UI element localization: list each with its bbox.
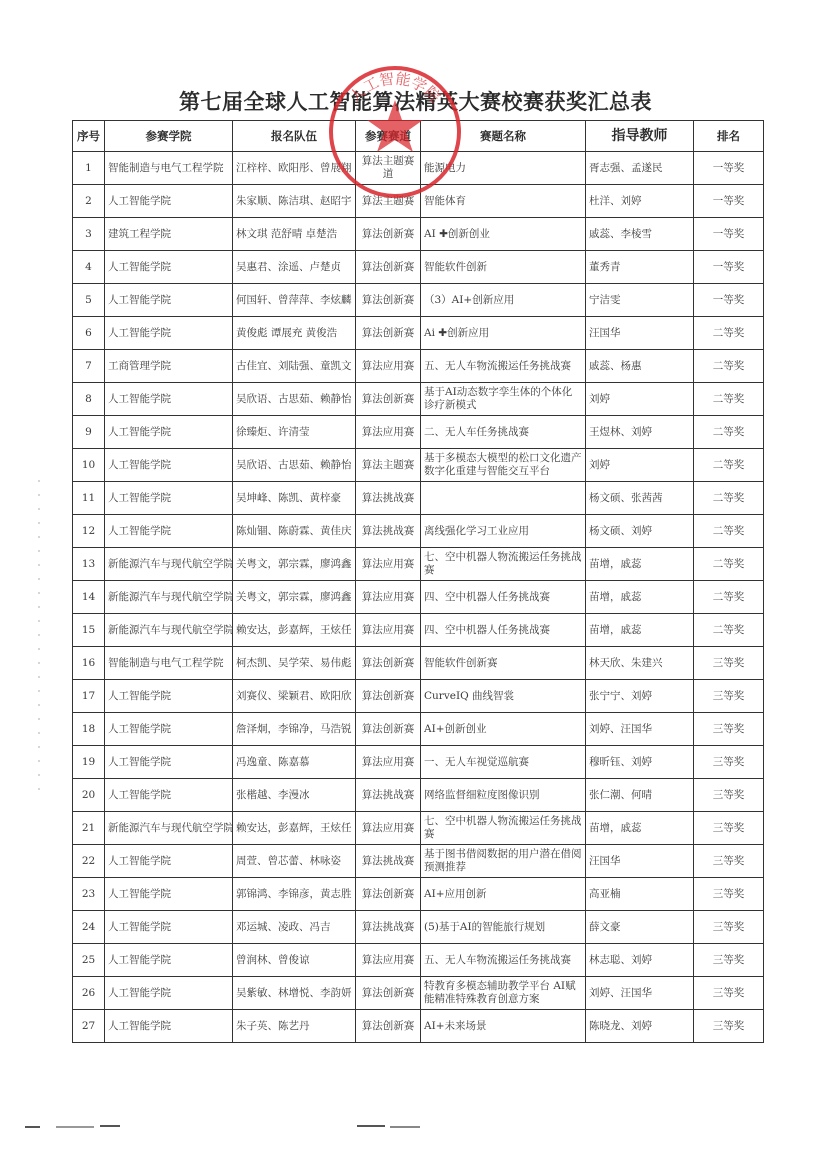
cell-rank: 二等奖 — [694, 614, 764, 647]
table-row: 3建筑工程学院林文琪 范舒晴 卓楚浩算法创新赛AI ✚创新创业戚蕊、李棱雪一等奖 — [73, 218, 764, 251]
cell-team: 张楷越、李漫冰 — [233, 779, 356, 812]
cell-rank: 二等奖 — [694, 449, 764, 482]
scan-artifact-line — [390, 1126, 420, 1128]
cell-team: 吴坤峰、陈凯、黄梓豪 — [233, 482, 356, 515]
cell-topic: 智能软件创新 — [421, 251, 586, 284]
cell-track: 算法创新赛 — [356, 713, 421, 746]
cell-topic: （3）AI+创新应用 — [421, 284, 586, 317]
cell-no: 20 — [73, 779, 105, 812]
col-header-college: 参赛学院 — [105, 121, 233, 152]
cell-advisor: 杜洋、刘婷 — [586, 185, 694, 218]
cell-topic: 五、无人车物流搬运任务挑战赛 — [421, 350, 586, 383]
cell-topic: 基于图书借阅数据的用户潜在借阅预测推荐 — [421, 845, 586, 878]
cell-track: 算法应用赛 — [356, 350, 421, 383]
cell-topic: AI+创新创业 — [421, 713, 586, 746]
cell-topic: AI+未来场景 — [421, 1010, 586, 1043]
cell-advisor: 苗增，戚蕊 — [586, 581, 694, 614]
col-header-track: 参赛赛道 — [356, 121, 421, 152]
col-header-topic: 赛题名称 — [421, 121, 586, 152]
cell-rank: 一等奖 — [694, 251, 764, 284]
cell-team: 黄俊彪 谭展充 黄俊浩 — [233, 317, 356, 350]
cell-no: 18 — [73, 713, 105, 746]
cell-rank: 三等奖 — [694, 680, 764, 713]
table-row: 13新能源汽车与现代航空学院关粤文，郭宗霖，廖鸿鑫算法应用赛七、空中机器人物流搬… — [73, 548, 764, 581]
cell-rank: 二等奖 — [694, 581, 764, 614]
cell-topic: 七、空中机器人物流搬运任务挑战赛 — [421, 548, 586, 581]
scan-artifact-line — [100, 1125, 120, 1127]
cell-team: 徐臻炬、许清莹 — [233, 416, 356, 449]
cell-advisor: 戚蕊、李棱雪 — [586, 218, 694, 251]
cell-track: 算法应用赛 — [356, 944, 421, 977]
table-row: 20人工智能学院张楷越、李漫冰算法挑战赛网络监督细粒度图像识别张仁潮、何晴三等奖 — [73, 779, 764, 812]
cell-topic: 智能体育 — [421, 185, 586, 218]
cell-advisor: 林志聪、刘婷 — [586, 944, 694, 977]
cell-advisor: 刘婷 — [586, 383, 694, 416]
cell-no: 9 — [73, 416, 105, 449]
cell-rank: 二等奖 — [694, 515, 764, 548]
cell-track: 算法创新赛 — [356, 284, 421, 317]
cell-topic: (5)基于AI的智能旅行规划 — [421, 911, 586, 944]
cell-rank: 三等奖 — [694, 911, 764, 944]
table-row: 25人工智能学院曾润林、曾俊谅算法应用赛五、无人车物流搬运任务挑战赛林志聪、刘婷… — [73, 944, 764, 977]
table-row: 23人工智能学院郭锦鸿、李锦彦，黄志胜算法创新赛AI+应用创新高亚楠三等奖 — [73, 878, 764, 911]
cell-no: 26 — [73, 977, 105, 1010]
cell-no: 4 — [73, 251, 105, 284]
cell-advisor: 董秀青 — [586, 251, 694, 284]
cell-rank: 三等奖 — [694, 944, 764, 977]
cell-team: 郭锦鸿、李锦彦，黄志胜 — [233, 878, 356, 911]
table-header-row: 序号 参赛学院 报名队伍 参赛赛道 赛题名称 指导教师 排名 — [73, 121, 764, 152]
cell-track: 算法创新赛 — [356, 977, 421, 1010]
cell-track: 算法创新赛 — [356, 647, 421, 680]
cell-track: 算法创新赛 — [356, 317, 421, 350]
col-header-no: 序号 — [73, 121, 105, 152]
table-row: 15新能源汽车与现代航空学院赖安达，彭嘉辉，王炫任算法应用赛四、空中机器人任务挑… — [73, 614, 764, 647]
cell-advisor: 张仁潮、何晴 — [586, 779, 694, 812]
cell-rank: 三等奖 — [694, 713, 764, 746]
cell-track: 算法主题赛 — [356, 185, 421, 218]
cell-advisor: 刘婷、汪国华 — [586, 977, 694, 1010]
cell-track: 算法应用赛 — [356, 812, 421, 845]
cell-topic: 网络监督细粒度图像识别 — [421, 779, 586, 812]
cell-track: 算法应用赛 — [356, 746, 421, 779]
cell-topic: 二、无人车任务挑战赛 — [421, 416, 586, 449]
cell-track: 算法创新赛 — [356, 878, 421, 911]
awards-table: 序号 参赛学院 报名队伍 参赛赛道 赛题名称 指导教师 排名 1智能制造与电气工… — [72, 120, 764, 1043]
cell-track: 算法创新赛 — [356, 1010, 421, 1043]
cell-track: 算法主题赛 — [356, 449, 421, 482]
cell-advisor: 苗增，戚蕊 — [586, 614, 694, 647]
cell-college: 新能源汽车与现代航空学院 — [105, 614, 233, 647]
table-row: 19人工智能学院冯逸童、陈嘉慕算法应用赛一、无人车视觉巡航赛穆昕钰、刘婷三等奖 — [73, 746, 764, 779]
col-header-team: 报名队伍 — [233, 121, 356, 152]
cell-advisor: 苗增，戚蕊 — [586, 548, 694, 581]
cell-no: 14 — [73, 581, 105, 614]
cell-track: 算法挑战赛 — [356, 482, 421, 515]
cell-topic: CurveIQ 曲线智裳 — [421, 680, 586, 713]
cell-topic: 四、空中机器人任务挑战赛 — [421, 614, 586, 647]
table-row: 14新能源汽车与现代航空学院关粤文，郭宗霖，廖鸿鑫算法应用赛四、空中机器人任务挑… — [73, 581, 764, 614]
cell-rank: 二等奖 — [694, 548, 764, 581]
cell-no: 17 — [73, 680, 105, 713]
cell-topic: 一、无人车视觉巡航赛 — [421, 746, 586, 779]
cell-no: 22 — [73, 845, 105, 878]
cell-track: 算法创新赛 — [356, 680, 421, 713]
cell-team: 赖安达，彭嘉辉，王炫任 — [233, 812, 356, 845]
cell-team: 吴紫敏、林增悦、李韵妍 — [233, 977, 356, 1010]
cell-team: 林文琪 范舒晴 卓楚浩 — [233, 218, 356, 251]
cell-no: 15 — [73, 614, 105, 647]
cell-no: 8 — [73, 383, 105, 416]
cell-track: 算法创新赛 — [356, 251, 421, 284]
cell-track: 算法应用赛 — [356, 614, 421, 647]
cell-rank: 三等奖 — [694, 647, 764, 680]
cell-advisor: 高亚楠 — [586, 878, 694, 911]
cell-track: 算法挑战赛 — [356, 845, 421, 878]
cell-advisor: 穆昕钰、刘婷 — [586, 746, 694, 779]
cell-college: 人工智能学院 — [105, 482, 233, 515]
cell-advisor: 薛文豪 — [586, 911, 694, 944]
scan-margin-artifact — [38, 480, 40, 800]
cell-advisor: 林天欣、朱建兴 — [586, 647, 694, 680]
cell-college: 工商管理学院 — [105, 350, 233, 383]
cell-no: 11 — [73, 482, 105, 515]
cell-track: 算法应用赛 — [356, 416, 421, 449]
cell-advisor: 王煜林、刘婷 — [586, 416, 694, 449]
cell-topic: 四、空中机器人任务挑战赛 — [421, 581, 586, 614]
scan-artifact-line — [25, 1126, 40, 1128]
table-row: 1智能制造与电气工程学院江梓梓、欧阳彤、曾展翔算法主题赛道能源电力胥志强、孟遂民… — [73, 152, 764, 185]
cell-topic: 五、无人车物流搬运任务挑战赛 — [421, 944, 586, 977]
cell-college: 人工智能学院 — [105, 416, 233, 449]
cell-team: 古佳宜、刘陆强、童凯文 — [233, 350, 356, 383]
cell-topic: 七、空中机器人物流搬运任务挑战赛 — [421, 812, 586, 845]
cell-advisor: 戚蕊、杨惠 — [586, 350, 694, 383]
cell-topic: 基于多模态大模型的松口文化遗产数字化重建与智能交互平台 — [421, 449, 586, 482]
cell-team: 詹泽炯，李锦净，马浩锐 — [233, 713, 356, 746]
cell-college: 人工智能学院 — [105, 878, 233, 911]
table-row: 16智能制造与电气工程学院柯杰凯、吴学荣、易伟彪算法创新赛智能软件创新赛林天欣、… — [73, 647, 764, 680]
cell-track: 算法主题赛道 — [356, 152, 421, 185]
cell-team: 陈灿锢、陈蔚霖、黄佳庆 — [233, 515, 356, 548]
cell-topic: 基于AI动态数字孪生体的个体化诊疗新模式 — [421, 383, 586, 416]
cell-rank: 三等奖 — [694, 812, 764, 845]
table-row: 18人工智能学院詹泽炯，李锦净，马浩锐算法创新赛AI+创新创业刘婷、汪国华三等奖 — [73, 713, 764, 746]
table-row: 17人工智能学院刘赛仪、梁颖君、欧阳欣算法创新赛CurveIQ 曲线智裳张宁宁、… — [73, 680, 764, 713]
table-row: 26人工智能学院吴紫敏、林增悦、李韵妍算法创新赛特教育多模态辅助教学平台 AI赋… — [73, 977, 764, 1010]
table-row: 7工商管理学院古佳宜、刘陆强、童凯文算法应用赛五、无人车物流搬运任务挑战赛戚蕊、… — [73, 350, 764, 383]
cell-no: 12 — [73, 515, 105, 548]
cell-no: 1 — [73, 152, 105, 185]
table-row: 6人工智能学院黄俊彪 谭展充 黄俊浩算法创新赛Ai ✚创新应用汪国华二等奖 — [73, 317, 764, 350]
cell-team: 曾润林、曾俊谅 — [233, 944, 356, 977]
cell-college: 人工智能学院 — [105, 284, 233, 317]
cell-team: 何国轩、曾萍萍、李炫麟 — [233, 284, 356, 317]
cell-rank: 三等奖 — [694, 845, 764, 878]
cell-topic: AI ✚创新创业 — [421, 218, 586, 251]
table-row: 12人工智能学院陈灿锢、陈蔚霖、黄佳庆算法挑战赛离线强化学习工业应用杨文硕、刘婷… — [73, 515, 764, 548]
cell-rank: 二等奖 — [694, 383, 764, 416]
cell-no: 6 — [73, 317, 105, 350]
cell-advisor: 张宁宁、刘婷 — [586, 680, 694, 713]
cell-advisor: 刘婷、汪国华 — [586, 713, 694, 746]
cell-rank: 三等奖 — [694, 878, 764, 911]
table-row: 2人工智能学院朱家顺、陈洁琪、赵昭宇算法主题赛智能体育杜洋、刘婷一等奖 — [73, 185, 764, 218]
cell-college: 新能源汽车与现代航空学院 — [105, 548, 233, 581]
cell-track: 算法创新赛 — [356, 383, 421, 416]
cell-team: 柯杰凯、吴学荣、易伟彪 — [233, 647, 356, 680]
cell-no: 13 — [73, 548, 105, 581]
cell-topic: Ai ✚创新应用 — [421, 317, 586, 350]
cell-rank: 一等奖 — [694, 284, 764, 317]
cell-track: 算法应用赛 — [356, 548, 421, 581]
cell-rank: 三等奖 — [694, 779, 764, 812]
cell-team: 周萱、曾芯蕾、林咏姿 — [233, 845, 356, 878]
cell-no: 5 — [73, 284, 105, 317]
cell-team: 吴惠君、涂遥、卢楚贞 — [233, 251, 356, 284]
cell-rank: 一等奖 — [694, 218, 764, 251]
cell-track: 算法挑战赛 — [356, 515, 421, 548]
cell-college: 人工智能学院 — [105, 317, 233, 350]
cell-rank: 二等奖 — [694, 482, 764, 515]
table-row: 27人工智能学院朱子英、陈艺丹算法创新赛AI+未来场景陈晓龙、刘婷三等奖 — [73, 1010, 764, 1043]
cell-no: 24 — [73, 911, 105, 944]
cell-team: 朱子英、陈艺丹 — [233, 1010, 356, 1043]
cell-rank: 二等奖 — [694, 416, 764, 449]
cell-track: 算法挑战赛 — [356, 911, 421, 944]
cell-rank: 二等奖 — [694, 317, 764, 350]
cell-team: 吴欣语、古思茹、赖静怡 — [233, 383, 356, 416]
cell-college: 人工智能学院 — [105, 185, 233, 218]
cell-college: 人工智能学院 — [105, 1010, 233, 1043]
cell-college: 人工智能学院 — [105, 779, 233, 812]
cell-no: 10 — [73, 449, 105, 482]
cell-college: 建筑工程学院 — [105, 218, 233, 251]
cell-no: 16 — [73, 647, 105, 680]
cell-no: 25 — [73, 944, 105, 977]
cell-rank: 一等奖 — [694, 152, 764, 185]
cell-advisor: 汪国华 — [586, 845, 694, 878]
cell-college: 人工智能学院 — [105, 383, 233, 416]
table-row: 8人工智能学院吴欣语、古思茹、赖静怡算法创新赛基于AI动态数字孪生体的个体化诊疗… — [73, 383, 764, 416]
cell-team: 邓运城、凌政、冯吉 — [233, 911, 356, 944]
table-row: 4人工智能学院吴惠君、涂遥、卢楚贞算法创新赛智能软件创新董秀青一等奖 — [73, 251, 764, 284]
cell-no: 7 — [73, 350, 105, 383]
table-row: 10人工智能学院吴欣语、古思茹、赖静怡算法主题赛基于多模态大模型的松口文化遗产数… — [73, 449, 764, 482]
col-header-advisor: 指导教师 — [586, 121, 694, 152]
cell-college: 智能制造与电气工程学院 — [105, 152, 233, 185]
cell-rank: 二等奖 — [694, 350, 764, 383]
cell-rank: 三等奖 — [694, 746, 764, 779]
cell-college: 人工智能学院 — [105, 713, 233, 746]
cell-advisor: 宁洁雯 — [586, 284, 694, 317]
col-header-rank: 排名 — [694, 121, 764, 152]
cell-college: 智能制造与电气工程学院 — [105, 647, 233, 680]
cell-advisor: 刘婷 — [586, 449, 694, 482]
cell-college: 人工智能学院 — [105, 449, 233, 482]
table-row: 22人工智能学院周萱、曾芯蕾、林咏姿算法挑战赛基于图书借阅数据的用户潜在借阅预测… — [73, 845, 764, 878]
cell-college: 人工智能学院 — [105, 944, 233, 977]
document-title: 第七届全球人工智能算法精英大赛校赛获奖汇总表 — [0, 86, 831, 116]
cell-rank: 三等奖 — [694, 977, 764, 1010]
cell-topic: 特教育多模态辅助教学平台 AI赋能精准特殊教育创意方案 — [421, 977, 586, 1010]
table-row: 21新能源汽车与现代航空学院赖安达，彭嘉辉，王炫任算法应用赛七、空中机器人物流搬… — [73, 812, 764, 845]
cell-college: 人工智能学院 — [105, 251, 233, 284]
cell-college: 新能源汽车与现代航空学院 — [105, 581, 233, 614]
cell-no: 27 — [73, 1010, 105, 1043]
cell-college: 人工智能学院 — [105, 680, 233, 713]
scan-artifact-line — [357, 1125, 385, 1127]
cell-team: 刘赛仪、梁颖君、欧阳欣 — [233, 680, 356, 713]
cell-college: 人工智能学院 — [105, 977, 233, 1010]
cell-college: 人工智能学院 — [105, 911, 233, 944]
cell-advisor: 汪国华 — [586, 317, 694, 350]
cell-advisor: 胥志强、孟遂民 — [586, 152, 694, 185]
cell-advisor: 杨文硕、刘婷 — [586, 515, 694, 548]
cell-no: 3 — [73, 218, 105, 251]
cell-no: 2 — [73, 185, 105, 218]
cell-topic — [421, 482, 586, 515]
cell-college: 人工智能学院 — [105, 746, 233, 779]
cell-team: 关粤文，郭宗霖，廖鸿鑫 — [233, 581, 356, 614]
cell-no: 21 — [73, 812, 105, 845]
cell-track: 算法应用赛 — [356, 581, 421, 614]
cell-college: 新能源汽车与现代航空学院 — [105, 812, 233, 845]
cell-advisor: 杨文硕、张茜茜 — [586, 482, 694, 515]
cell-advisor: 陈晓龙、刘婷 — [586, 1010, 694, 1043]
cell-team: 吴欣语、古思茹、赖静怡 — [233, 449, 356, 482]
table-row: 9人工智能学院徐臻炬、许清莹算法应用赛二、无人车任务挑战赛王煜林、刘婷二等奖 — [73, 416, 764, 449]
cell-advisor: 苗增，戚蕊 — [586, 812, 694, 845]
cell-topic: 能源电力 — [421, 152, 586, 185]
table-row: 24人工智能学院邓运城、凌政、冯吉算法挑战赛(5)基于AI的智能旅行规划薛文豪三… — [73, 911, 764, 944]
cell-rank: 三等奖 — [694, 1010, 764, 1043]
cell-track: 算法挑战赛 — [356, 779, 421, 812]
cell-no: 23 — [73, 878, 105, 911]
cell-team: 关粤文，郭宗霖，廖鸿鑫 — [233, 548, 356, 581]
cell-topic: 智能软件创新赛 — [421, 647, 586, 680]
cell-team: 朱家顺、陈洁琪、赵昭宇 — [233, 185, 356, 218]
cell-team: 赖安达，彭嘉辉，王炫任 — [233, 614, 356, 647]
table-row: 11人工智能学院吴坤峰、陈凯、黄梓豪算法挑战赛杨文硕、张茜茜二等奖 — [73, 482, 764, 515]
cell-no: 19 — [73, 746, 105, 779]
cell-college: 人工智能学院 — [105, 845, 233, 878]
cell-topic: 离线强化学习工业应用 — [421, 515, 586, 548]
cell-college: 人工智能学院 — [105, 515, 233, 548]
cell-rank: 一等奖 — [694, 185, 764, 218]
cell-team: 江梓梓、欧阳彤、曾展翔 — [233, 152, 356, 185]
table-row: 5人工智能学院何国轩、曾萍萍、李炫麟算法创新赛（3）AI+创新应用宁洁雯一等奖 — [73, 284, 764, 317]
cell-topic: AI+应用创新 — [421, 878, 586, 911]
cell-track: 算法创新赛 — [356, 218, 421, 251]
scan-artifact-line — [56, 1126, 94, 1128]
cell-team: 冯逸童、陈嘉慕 — [233, 746, 356, 779]
